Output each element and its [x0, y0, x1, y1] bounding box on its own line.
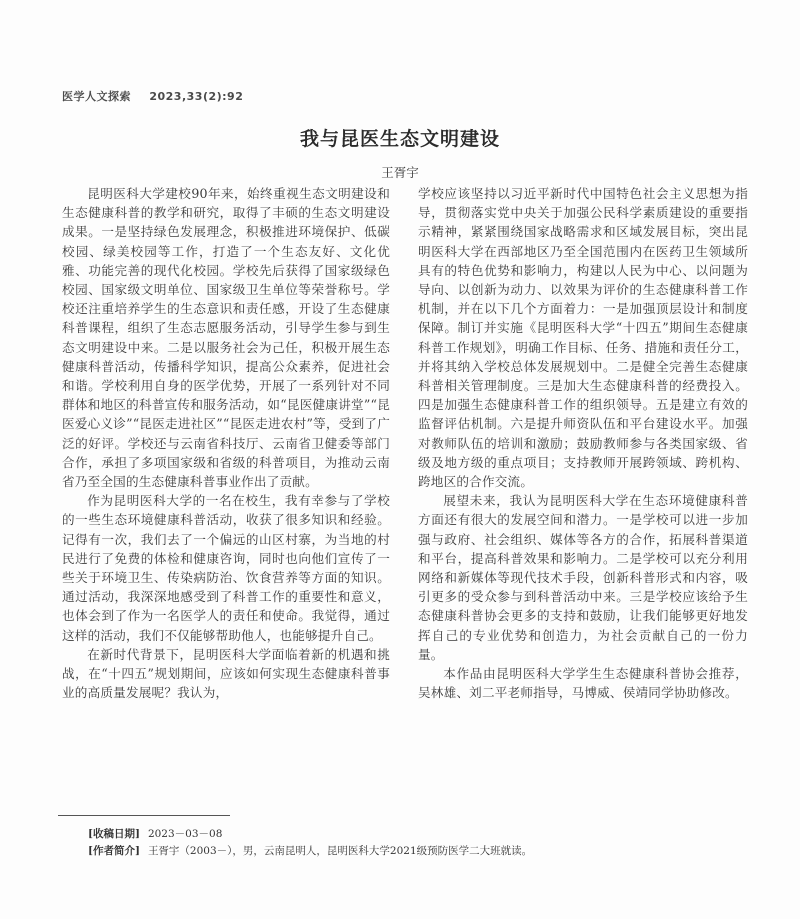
footnote-received: [收稿日期]2023－03－08	[88, 826, 532, 843]
received-date-label: [收稿日期]	[88, 828, 140, 840]
paragraph-continued: 学校应该坚持以习近平新时代中国特色社会主义思想为指导，贯彻落实党中央关于加强公民…	[418, 184, 748, 491]
body-column-right: 学校应该坚持以习近平新时代中国特色社会主义思想为指导，贯彻落实党中央关于加强公民…	[418, 184, 748, 702]
footnote-divider	[58, 815, 230, 816]
journal-name: 医学人文探索	[62, 90, 131, 103]
footnote-author-bio: [作者简介]王胥宇（2003－），男，云南昆明人，昆明医科大学2021级预防医学…	[88, 843, 532, 860]
body-column-left: 昆明医科大学建校90年来，始终重视生态文明建设和生态健康科普的教学和研究，取得了…	[62, 184, 390, 702]
journal-page: 医学人文探索 2023,33(2):92 我与昆医生态文明建设 王胥宇 昆明医科…	[0, 0, 800, 919]
article-title: 我与昆医生态文明建设	[0, 124, 800, 151]
paragraph: 昆明医科大学建校90年来，始终重视生态文明建设和生态健康科普的教学和研究，取得了…	[62, 184, 390, 491]
author-bio-value: 王胥宇（2003－），男，云南昆明人，昆明医科大学2021级预防医学二大班就读。	[148, 845, 532, 857]
paragraph: 在新时代背景下，昆明医科大学面临着新的机遇和挑战，在“十四五”规划期间，应该如何…	[62, 645, 390, 703]
footnotes: [收稿日期]2023－03－08 [作者简介]王胥宇（2003－），男，云南昆明…	[88, 826, 532, 860]
paragraph: 本作品由昆明医科大学学生生态健康科普协会推荐，吴林雄、刘二平老师指导，马博威、侯…	[418, 664, 748, 702]
article-author: 王胥宇	[0, 163, 800, 181]
received-date-value: 2023－03－08	[148, 828, 222, 840]
paragraph: 展望未来，我认为昆明医科大学在生态环境健康科普方面还有很大的发展空间和潜力。一是…	[418, 491, 748, 664]
running-head: 医学人文探索 2023,33(2):92	[62, 88, 243, 104]
paragraph: 作为昆明医科大学的一名在校生，我有幸参与了学校的一些生态环境健康科普活动，收获了…	[62, 491, 390, 645]
author-bio-label: [作者简介]	[88, 845, 140, 857]
citation-info: 2023,33(2):92	[149, 90, 243, 103]
